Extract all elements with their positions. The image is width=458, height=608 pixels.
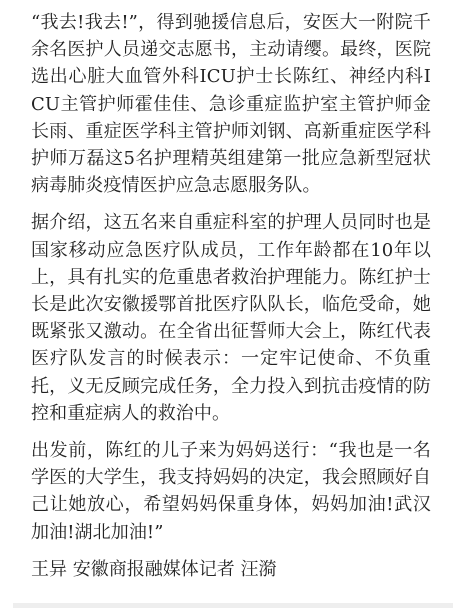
article-paragraph-1: “我去!我去!”，得到驰援信息后，安医大一附院千余名医护人员递交志愿书，主动请缨…: [31, 9, 431, 199]
article-body: “我去!我去!”，得到驰援信息后，安医大一附院千余名医护人员递交志愿书，主动请缨…: [31, 9, 431, 583]
article-paragraph-2: 据介绍，这五名来自重症科室的护理人员同时也是国家移动应急医疗队成员，工作年龄都在…: [31, 209, 431, 427]
article-byline: 王异 安徽商报融媒体记者 汪漪: [31, 556, 431, 583]
article-paragraph-3: 出发前，陈红的儿子来为妈妈送行：“我也是一名学医的大学生，我支持妈妈的决定，我会…: [31, 437, 431, 546]
bottom-divider-bar: [13, 603, 453, 608]
